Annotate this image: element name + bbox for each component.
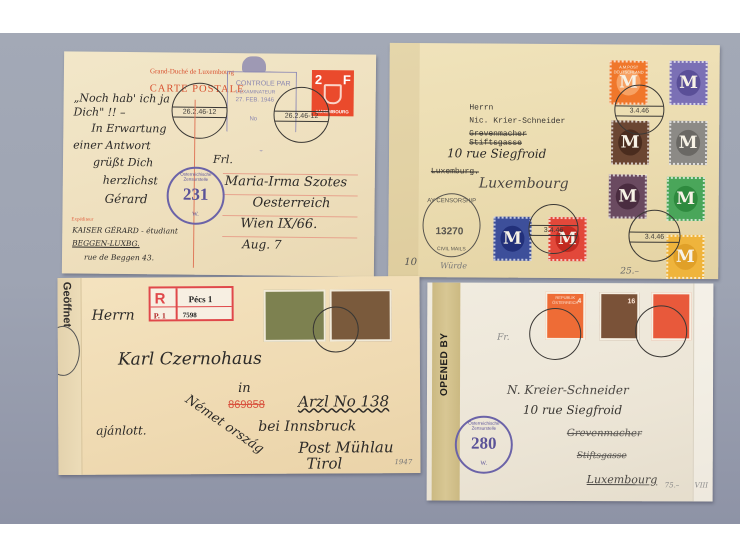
am-post-cover: Herrn Nic. Krier-Schneider Grevenmacher … (388, 43, 720, 279)
label-divider (176, 288, 178, 319)
postmark-wien (529, 308, 581, 360)
pencil-note: 25.– (620, 266, 639, 276)
austrian-censored-cover: OPENED BY REPUBLIK ÖSTERREICH 4 16 Fr. N… (427, 283, 714, 502)
registration-office: Pécs 1 (189, 294, 213, 304)
address-line: Fr. (497, 333, 509, 343)
registered-note: ajánlott. (96, 423, 146, 437)
hungarian-registered-cover: Geöffnet R P. 1 Pécs 1 7598 Herrn Karl C… (57, 276, 420, 475)
pencil-note: VIII (695, 481, 708, 489)
sender-label: Expéditeur (71, 217, 93, 222)
message-line: grüßt Dich (93, 156, 153, 170)
postmark-oberstdorf: 3.4.46 (614, 84, 664, 134)
registration-letter: R (155, 290, 166, 307)
luxembourg-postcard: Grand-Duché de Luxembourg CARTE POSTALE … (62, 51, 376, 276)
pencil-note: Würde (440, 261, 467, 270)
censor-number: 280 (457, 434, 511, 454)
registration-code: P. 1 (154, 311, 166, 320)
address-line: Herrn (92, 308, 135, 324)
postmark-oberstdorf: 3.4.46 (628, 210, 680, 262)
am-stamp-3: M (669, 61, 707, 105)
tape-text: OPENED BY (439, 333, 450, 396)
address-line: in (238, 381, 251, 396)
controle-no: No (249, 116, 257, 122)
message-line: einer Antwort (73, 138, 151, 152)
forward-line: 10 rue Siegfroid (447, 146, 546, 161)
m-monogram-icon: M (676, 70, 700, 96)
censor-stamp-231: Österreichische Zensurstelle 231 W. (166, 166, 225, 225)
censor-ring-text: Österreichische Zensurstelle (169, 171, 223, 182)
controle-line1: CONTROLE PAR (236, 80, 291, 88)
m-monogram-icon: M (616, 183, 640, 209)
army-censorship-stamp: AY CENSORSHIP 13270 CIVIL MAILS (422, 193, 480, 257)
crown-icon (242, 56, 266, 72)
recipient-line: Grevenmacher (469, 129, 527, 138)
postmark-date: 3.4.46 (615, 106, 663, 117)
postmark-wien (635, 305, 687, 357)
postmark-pecs (313, 306, 359, 352)
address-line: Luxembourg (587, 473, 658, 486)
postmark-2: 26.2.46-12 (273, 87, 330, 144)
cover-edge (693, 283, 714, 501)
forward-line: Luxembourg (479, 175, 569, 192)
address-line: bei Innsbruck (258, 418, 356, 435)
address-line: Tirol (306, 454, 342, 472)
recipient-line: Frl. (213, 153, 233, 166)
recipient-line: Wien IX/66. (240, 216, 317, 232)
postmark-oberstdorf: 3.4.46 (528, 204, 578, 254)
recipient-line: Aug. 7 (242, 237, 281, 251)
postmark-1: 26.2.46-12 (171, 83, 228, 140)
forward-line: Luxemburg. (431, 167, 479, 176)
postmark-date: 3.4.46 (529, 225, 577, 236)
m-monogram-icon: M (674, 186, 698, 212)
sender-line: rue de Beggen 43. (84, 253, 154, 263)
stamp-currency: F (343, 72, 351, 87)
address-line: Karl Czernohaus (118, 349, 262, 370)
stamp-value: 4 (577, 298, 581, 305)
address-line: N. Kreier-Schneider (507, 383, 629, 397)
recipient-line: Nic. Krier-Schneider (469, 116, 565, 126)
message-line: Dich" !! – (73, 105, 125, 119)
stamp-value: 16 (628, 298, 636, 305)
postcard-country-header: Grand-Duché de Luxembourg (150, 67, 234, 76)
red-number: 869858 (228, 399, 265, 411)
opened-by-tape: OPENED BY (432, 283, 461, 501)
registration-label: R P. 1 Pécs 1 7598 (149, 286, 234, 321)
address-line: 10 rue Siegfroid (523, 403, 622, 417)
am-stamp-4: M (669, 121, 707, 165)
postmark-date: 26.2.46-12 (274, 110, 328, 122)
am-stamp-5: M (667, 177, 705, 221)
registration-number: 7598 (183, 311, 197, 319)
address-line: Stiftsgasse (577, 451, 627, 461)
censor-number: 13270 (435, 226, 463, 237)
message-line: „Noch hab' ich ja (74, 91, 170, 105)
strip-text: Geöffnet (61, 282, 73, 327)
controle-date: 27. FEB. 1946 (236, 97, 274, 103)
postmark-date: 3.4.46 (629, 232, 679, 243)
censor-letter: W. (168, 211, 222, 218)
austrian-stamp-16: 16 (599, 292, 639, 340)
controle-line2: L'EXAMINATEUR (236, 89, 276, 95)
recipient-line: Maria-Irma Szotes (225, 174, 347, 190)
recipient-line: Herrn (469, 103, 493, 112)
censor-ring-text: Österreichische Zensurstelle (457, 421, 511, 431)
message-line: herzlichst (103, 174, 158, 188)
sender-line: BEGGEN-LUXBG. (72, 238, 140, 248)
recipient-line: Oesterreich (253, 195, 331, 211)
address-line: Arzl No 138 (298, 392, 389, 410)
am-stamp-25: M (493, 217, 531, 261)
m-monogram-icon: M (676, 130, 700, 156)
censor-stamp-280: Österreichische Zensurstelle 280 W. (455, 416, 513, 474)
stamp-text: A.M.POST DEUTSCHLAND (612, 64, 646, 74)
cover-flap (388, 43, 420, 277)
pencil-note: 75.– (665, 481, 680, 489)
message-line: In Erwartung (91, 122, 166, 136)
sender-line: KAISER GÉRARD - étudiant (72, 225, 178, 235)
censor-letter: W. (457, 461, 511, 467)
pencil-note: 1947 (394, 458, 412, 466)
censor-ring-text: AY CENSORSHIP (424, 198, 480, 204)
pencil-note: 10 (404, 257, 417, 268)
censor-number: 231 (169, 185, 223, 206)
label-divider (151, 306, 232, 307)
censor-bottom-text: CIVIL MAILS (423, 246, 479, 252)
postmark-date: 26.2.46-12 (172, 106, 226, 118)
m-monogram-icon: M (500, 226, 524, 252)
address-line: Grevenmacher (567, 428, 642, 439)
stamp-value: 2 (315, 72, 322, 87)
signature: Gérard (105, 192, 148, 206)
censor-resealing-strip: Geöffnet (57, 278, 82, 475)
